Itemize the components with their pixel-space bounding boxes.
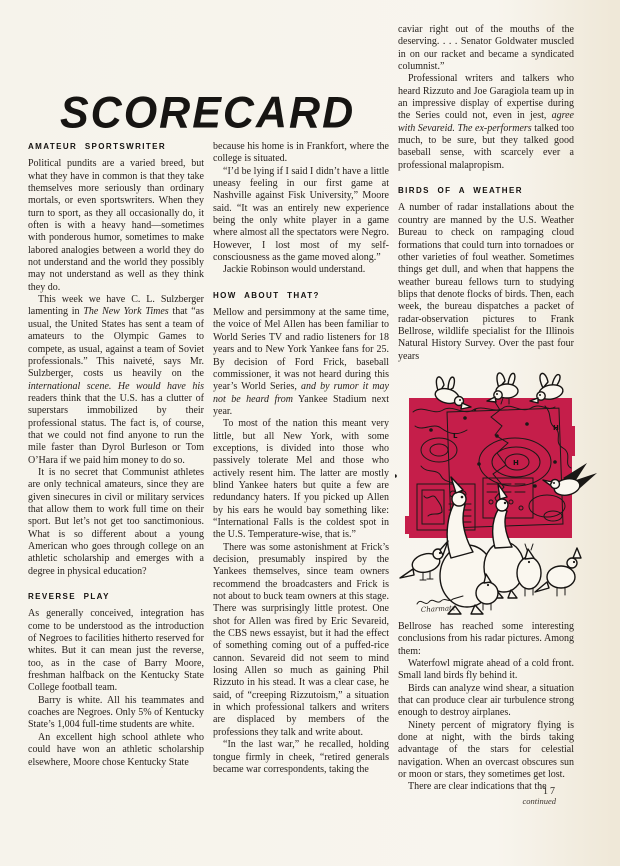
paragraph: It is no secret that Communist athletes … [28, 467, 204, 578]
paragraph: A number of radar installations about th… [398, 202, 574, 362]
bird-icon [535, 548, 581, 596]
paragraph: Ninety percent of migratory flying is do… [398, 720, 574, 782]
text-column-1: AMATEUR SPORTSWRITERPolitical pundits ar… [28, 141, 204, 769]
magazine-page: SCORECARD AMATEUR SPORTSWRITERPolitical … [0, 0, 620, 866]
paragraph: An excellent high school athlete who cou… [28, 732, 204, 769]
map-label-high: H [513, 459, 519, 467]
radar-birds-illustration: L H H [395, 366, 600, 616]
page-number: 17 [543, 786, 557, 797]
section-heading: REVERSE PLAY [28, 591, 204, 603]
page-title: SCORECARD [60, 88, 350, 139]
text-column-2: because his home is in Frankfort, where … [213, 141, 389, 776]
section-heading: AMATEUR SPORTSWRITER [28, 141, 204, 153]
paragraph: “I’d be lying if I said I didn’t have a … [213, 166, 389, 265]
text-column-3: caviar right out of the mouths of the de… [398, 24, 574, 807]
paragraph: Professional writers and talkers who hea… [398, 73, 574, 172]
paragraph: To most of the nation this meant very li… [213, 418, 389, 541]
paragraph: “In the last war,” he recalled, holding … [213, 739, 389, 776]
paragraph: This week we have C. L. Sulzberger lamen… [28, 294, 204, 467]
paragraph: Mellow and persimmony at the same time, … [213, 307, 389, 418]
paragraph: Bellrose has reached some interesting co… [398, 621, 574, 658]
paragraph: There was some astonishment at Frick’s d… [213, 542, 389, 740]
section-heading: HOW ABOUT THAT? [213, 290, 389, 302]
paragraph: Waterfowl migrate ahead of a cold front.… [398, 658, 574, 683]
paragraph: As generally conceived, integration has … [28, 608, 204, 694]
section-heading: BIRDS OF A WEATHER [398, 185, 574, 197]
map-label-low: L [453, 432, 458, 440]
paragraph: Barry is white. All his teammates and co… [28, 695, 204, 732]
paragraph: Political pundits are a varied breed, bu… [28, 158, 204, 294]
map-label-high-2: H [553, 424, 559, 432]
paragraph: caviar right out of the mouths of the de… [398, 24, 574, 73]
paragraph: because his home is in Frankfort, where … [213, 141, 389, 166]
paragraph: Birds can analyze wind shear, a situatio… [398, 683, 574, 720]
radar-map: L H H [395, 398, 575, 538]
paragraph: Jackie Robinson would understand. [213, 264, 389, 276]
